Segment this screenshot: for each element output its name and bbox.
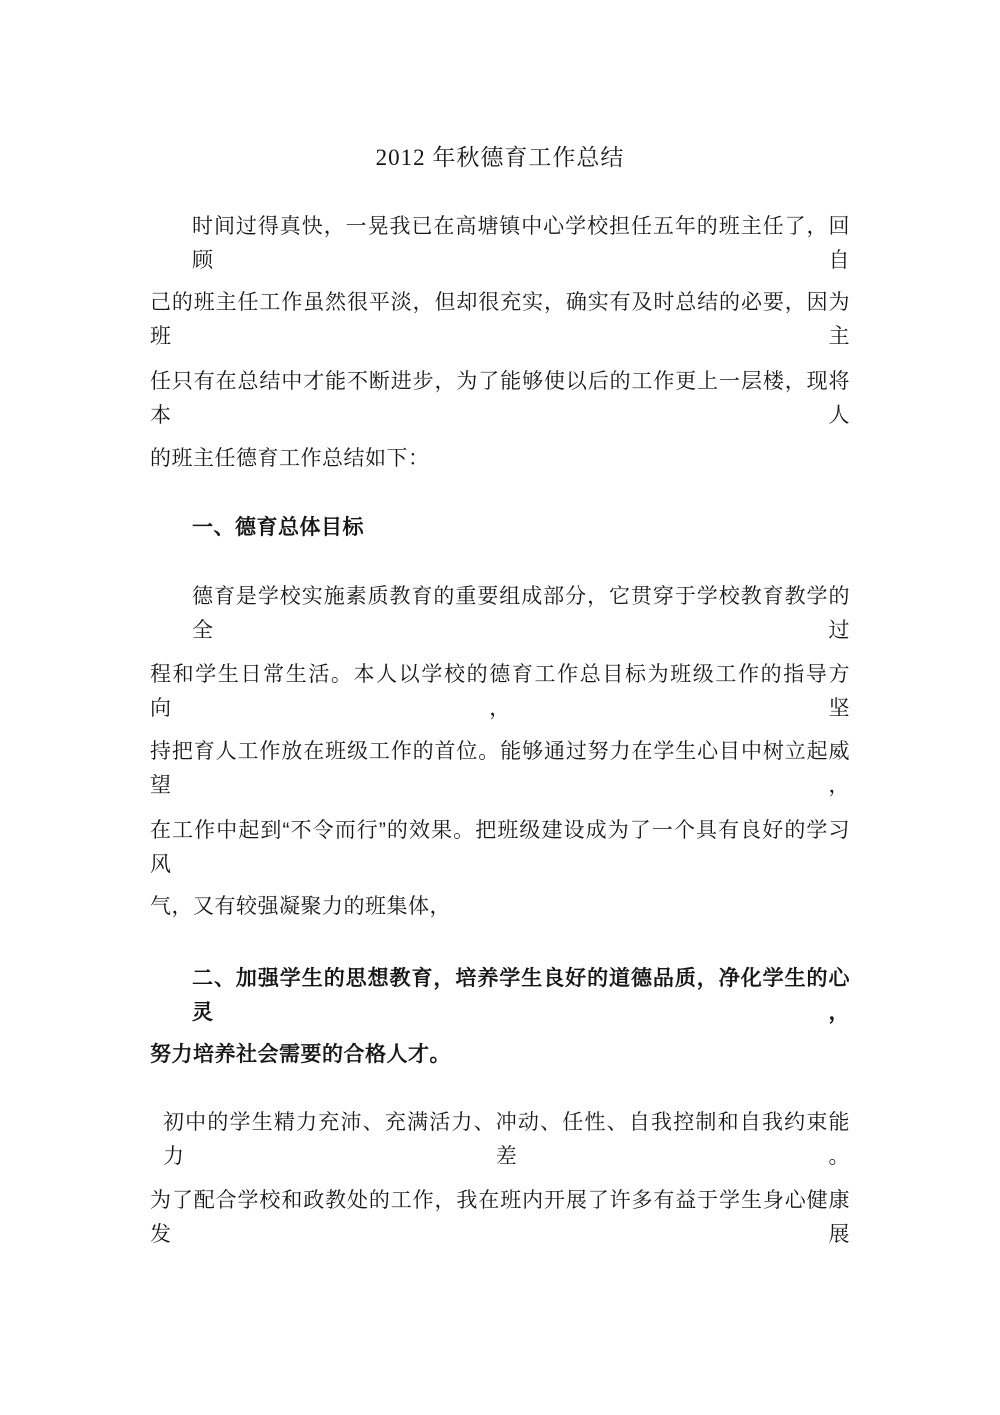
section-heading: 努力培养社会需要的合格人才。 (150, 1038, 850, 1072)
paragraph-line: 时间过得真快，一晃我已在高塘镇中心学校担任五年的班主任了，回顾自 (150, 210, 850, 244)
document-title: 2012 年秋德育工作总结 (0, 141, 1000, 175)
paragraph-line: 德育是学校实施素质教育的重要组成部分，它贯穿于学校教育教学的全过 (150, 580, 850, 614)
paragraph-line: 己的班主任工作虽然很平淡，但却很充实，确实有及时总结的必要，因为班主 (150, 286, 850, 320)
paragraph-line: 初中的学生精力充沛、充满活力、冲动、任性、自我控制和自我约束能力差。 (150, 1106, 850, 1140)
paragraph-line: 的班主任德育工作总结如下： (150, 442, 850, 476)
paragraph-line: 持把育人工作放在班级工作的首位。能够通过努力在学生心目中树立起威望， (150, 735, 850, 769)
paragraph-line: 气，又有较强凝聚力的班集体， (150, 890, 850, 924)
document-page: 2012 年秋德育工作总结 时间过得真快，一晃我已在高塘镇中心学校担任五年的班主… (0, 0, 1000, 1415)
section-heading: 一、德育总体目标 (150, 511, 850, 545)
paragraph-line: 在工作中起到“不令而行”的效果。把班级建设成为了一个具有良好的学习风 (150, 814, 850, 848)
paragraph-line: 为了配合学校和政教处的工作，我在班内开展了许多有益于学生身心健康发展 (150, 1184, 850, 1218)
paragraph-line: 任只有在总结中才能不断进步，为了能够使以后的工作更上一层楼，现将本人 (150, 365, 850, 399)
paragraph-line: 程和学生日常生活。本人以学校的德育工作总目标为班级工作的指导方向，坚 (150, 658, 850, 692)
section-heading: 二、加强学生的思想教育，培养学生良好的道德品质，净化学生的心灵， (150, 962, 850, 996)
